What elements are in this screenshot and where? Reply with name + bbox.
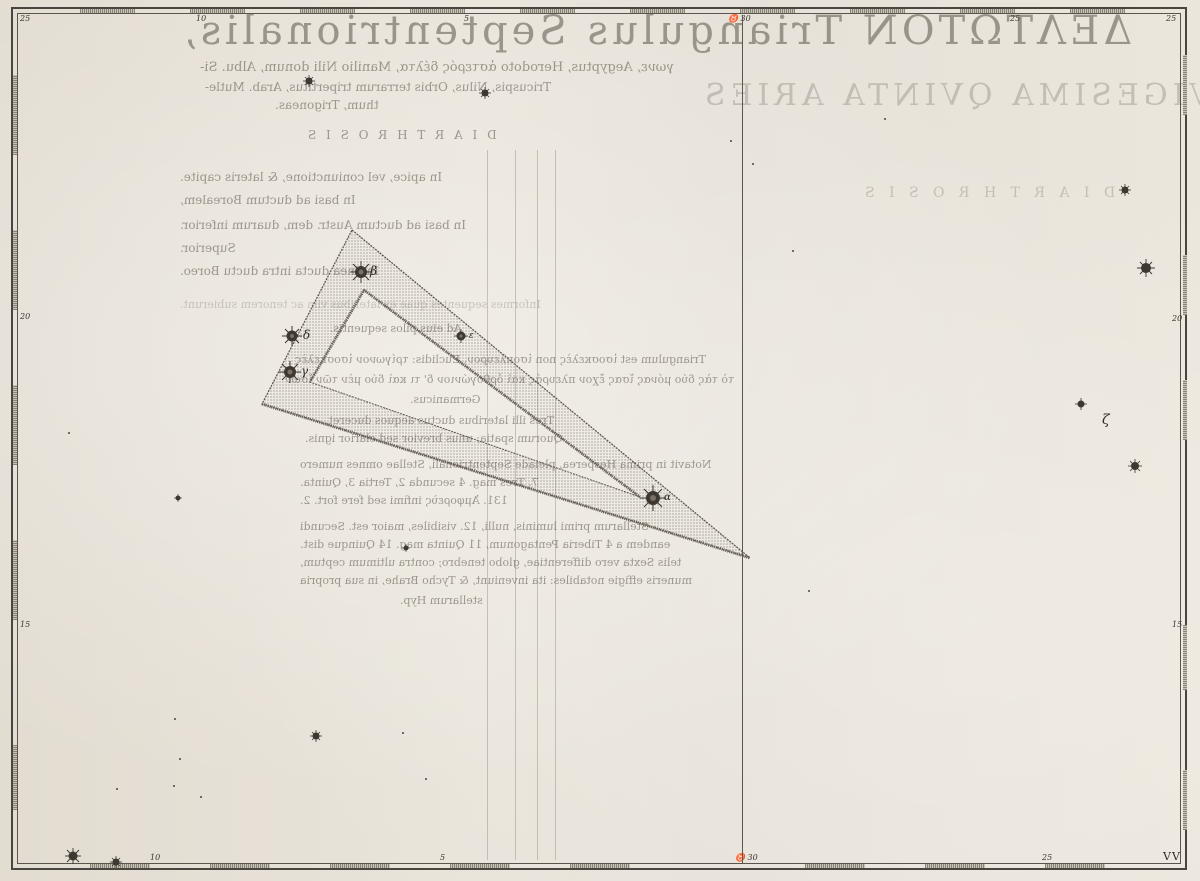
- star-icon: [309, 729, 323, 743]
- star-icon: [1118, 183, 1132, 197]
- star-label-delta: δ: [303, 328, 310, 342]
- star-icon: [64, 847, 82, 865]
- star-icon: [1074, 397, 1088, 411]
- faint-star-dot: [752, 163, 754, 165]
- star-icon: [401, 543, 411, 553]
- faint-star-dot: [730, 140, 732, 142]
- faint-star-dot: [173, 785, 175, 787]
- star-icon: [478, 86, 492, 100]
- star-epsilon-icon: [453, 328, 469, 344]
- star-delta-icon: [281, 325, 303, 347]
- star-icon: [1127, 458, 1143, 474]
- faint-star-dot: [174, 718, 176, 720]
- plate-signature: VV: [1163, 850, 1181, 863]
- star-icon: [109, 855, 123, 869]
- star-icon: [173, 493, 183, 503]
- star-icon: [1136, 258, 1156, 278]
- faint-star-dot: [116, 788, 118, 790]
- faint-star-dot: [425, 778, 427, 780]
- triangulum-figure: [0, 0, 1200, 881]
- star-label-alpha: α: [664, 492, 671, 503]
- faint-star-dot: [808, 590, 810, 592]
- faint-star-dot: [68, 432, 70, 434]
- star-alpha-icon: [639, 484, 667, 512]
- faint-star-dot: [179, 758, 181, 760]
- star-label-beta: β: [370, 264, 377, 278]
- star-label-gamma: γ: [301, 364, 308, 378]
- faint-star-dot: [200, 796, 202, 798]
- triangle-band: [262, 230, 750, 558]
- faint-star-dot: [402, 732, 404, 734]
- faint-star-dot: [884, 118, 886, 120]
- faint-star-dot: [792, 250, 794, 252]
- star-label-zeta: ζ: [1102, 412, 1110, 428]
- atlas-page: ΔΕΛΤΩΤΟΝ Triangulus Septentrionalis, γων…: [0, 0, 1200, 881]
- star-label-epsilon: ε: [469, 331, 474, 341]
- star-icon: [302, 74, 316, 88]
- star-gamma-icon: [278, 360, 302, 384]
